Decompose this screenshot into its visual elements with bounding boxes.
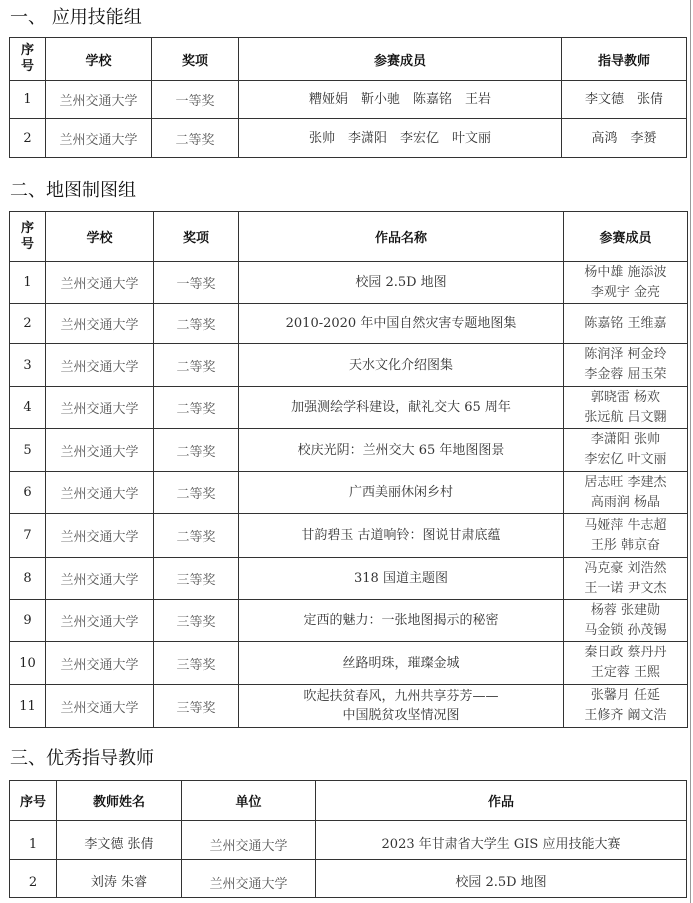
- members-line: 李金蓉 屈玉荣: [566, 365, 685, 385]
- table-row: 2 兰州交通大学 二等奖 张帅 李潇阳 李宏亿 叶文丽 高鸿 李赟: [10, 119, 687, 158]
- cell-members: 陈润泽 柯金玲李金蓉 屈玉荣: [564, 344, 688, 387]
- cell-school: 兰州交通大学: [46, 514, 154, 558]
- table-row: 2 刘涛 朱睿 兰州交通大学 校园 2.5D 地图: [10, 860, 687, 898]
- cell-work: 2010-2020 年中国自然灾害专题地图集: [239, 304, 564, 344]
- table-row: 11 兰州交通大学 三等奖 吹起扶贫春风，九州共享芬芳——中国脱贫攻坚情况图 张…: [10, 685, 688, 728]
- table-row: 7 兰州交通大学 二等奖 甘韵碧玉 古道响铃：图说甘肃底蕴 马娅萍 牛志超王彤 …: [10, 514, 688, 558]
- cell-school: 兰州交通大学: [46, 262, 154, 304]
- members-line: 高雨润 杨晶: [566, 493, 685, 513]
- cell-school: 兰州交通大学: [46, 304, 154, 344]
- members-line: 王修齐 阚文浩: [566, 706, 685, 726]
- cell-members: 杨中雄 施添波李观宇 金亮: [564, 262, 688, 304]
- cell-school: 兰州交通大学: [46, 344, 154, 387]
- members-line: 马金锁 孙茂锡: [566, 621, 685, 641]
- table-row: 5 兰州交通大学 二等奖 校庆光阴：兰州交大 65 年地图图景 李潇阳 张帅李宏…: [10, 429, 688, 472]
- cell-school: 兰州交通大学: [46, 600, 154, 642]
- cell-work: 甘韵碧玉 古道响铃：图说甘肃底蕴: [239, 514, 564, 558]
- header-school: 学校: [46, 38, 152, 81]
- header-members: 参赛成员: [564, 212, 688, 262]
- work-line: 中国脱贫攻坚情况图: [241, 706, 561, 725]
- app-skills-table: 序号 学校 奖项 参赛成员 指导教师 1 兰州交通大学 一等奖 糟娅娟 靳小驰 …: [9, 37, 687, 158]
- cell-work: 2023 年甘肃省大学生 GIS 应用技能大赛: [316, 821, 687, 860]
- members-line: 杨蓉 张建勋: [566, 601, 685, 621]
- cell-no: 1: [10, 81, 46, 119]
- members-line: 陈润泽 柯金玲: [566, 345, 685, 365]
- header-award: 奖项: [154, 212, 239, 262]
- cell-members: 居志旺 李建杰高雨润 杨晶: [564, 472, 688, 514]
- cell-no: 1: [10, 821, 57, 860]
- header-work: 作品: [316, 781, 687, 821]
- cell-members: 冯克豪 刘浩然王一诺 尹文杰: [564, 558, 688, 600]
- cell-no: 2: [10, 860, 57, 898]
- header-members: 参赛成员: [239, 38, 562, 81]
- header-no: 序号: [10, 212, 46, 262]
- header-no: 序号: [10, 781, 57, 821]
- section-title-app-skills: 一、 应用技能组: [10, 7, 142, 29]
- cell-members: 张帅 李潇阳 李宏亿 叶文丽: [239, 119, 562, 158]
- cell-teacher: 李文德 张倩: [57, 821, 182, 860]
- members-line: 冯克豪 刘浩然: [566, 559, 685, 579]
- cell-members: 张馨月 任延王修齐 阚文浩: [564, 685, 688, 728]
- cell-no: 2: [10, 304, 46, 344]
- section-title-cartography: 二、地图制图组: [10, 180, 136, 202]
- cell-no: 9: [10, 600, 46, 642]
- members-line: 陈嘉铭 王维嘉: [566, 314, 685, 334]
- table-row: 8 兰州交通大学 三等奖 318 国道主题图 冯克豪 刘浩然王一诺 尹文杰: [10, 558, 688, 600]
- page-edge-line: [690, 0, 691, 903]
- members-line: 张远航 吕文翾: [566, 408, 685, 428]
- members-line: 马娅萍 牛志超: [566, 516, 685, 536]
- cell-no: 11: [10, 685, 46, 728]
- cell-award: 二等奖: [154, 472, 239, 514]
- cell-members: 陈嘉铭 王维嘉: [564, 304, 688, 344]
- header-award: 奖项: [152, 38, 239, 81]
- cell-work: 318 国道主题图: [239, 558, 564, 600]
- cell-award: 二等奖: [154, 304, 239, 344]
- cell-members: 郭晓雷 杨欢张远航 吕文翾: [564, 387, 688, 429]
- table-row: 1 兰州交通大学 一等奖 糟娅娟 靳小驰 陈嘉铭 王岩 李文德 张倩: [10, 81, 687, 119]
- cell-no: 8: [10, 558, 46, 600]
- cell-school: 兰州交通大学: [46, 472, 154, 514]
- header-teacher: 教师姓名: [57, 781, 182, 821]
- section-title-outstanding-advisors: 三、优秀指导教师: [10, 748, 154, 770]
- members-line: 居志旺 李建杰: [566, 473, 685, 493]
- cell-members: 马娅萍 牛志超王彤 韩京奋: [564, 514, 688, 558]
- members-line: 李宏亿 叶文丽: [566, 450, 685, 470]
- members-line: 李潇阳 张帅: [566, 430, 685, 450]
- table-header-row: 序号 教师姓名 单位 作品: [10, 781, 687, 821]
- table-header-row: 序号 学校 奖项 参赛成员 指导教师: [10, 38, 687, 81]
- header-unit: 单位: [182, 781, 316, 821]
- table-row: 6 兰州交通大学 二等奖 广西美丽休闲乡村 居志旺 李建杰高雨润 杨晶: [10, 472, 688, 514]
- cell-work: 校庆光阴：兰州交大 65 年地图图景: [239, 429, 564, 472]
- cell-work: 丝路明珠，璀璨金城: [239, 642, 564, 685]
- cell-work: 广西美丽休闲乡村: [239, 472, 564, 514]
- cell-work: 定西的魅力：一张地图揭示的秘密: [239, 600, 564, 642]
- cell-school: 兰州交通大学: [46, 81, 152, 119]
- cell-award: 三等奖: [154, 558, 239, 600]
- cell-award: 一等奖: [154, 262, 239, 304]
- cell-no: 2: [10, 119, 46, 158]
- table-row: 1 兰州交通大学 一等奖 校园 2.5D 地图 杨中雄 施添波李观宇 金亮: [10, 262, 688, 304]
- cell-award: 三等奖: [154, 642, 239, 685]
- members-line: 王一诺 尹文杰: [566, 579, 685, 599]
- cell-award: 二等奖: [154, 344, 239, 387]
- table-header-row: 序号 学校 奖项 作品名称 参赛成员: [10, 212, 688, 262]
- members-line: 秦日政 蔡丹丹: [566, 643, 685, 663]
- cell-advisors: 高鸿 李赟: [562, 119, 687, 158]
- cell-work: 加强测绘学科建设，献礼交大 65 周年: [239, 387, 564, 429]
- cell-members: 杨蓉 张建勋马金锁 孙茂锡: [564, 600, 688, 642]
- cell-award: 三等奖: [154, 600, 239, 642]
- members-line: 杨中雄 施添波: [566, 263, 685, 283]
- table-row: 4 兰州交通大学 二等奖 加强测绘学科建设，献礼交大 65 周年 郭晓雷 杨欢张…: [10, 387, 688, 429]
- header-work: 作品名称: [239, 212, 564, 262]
- cell-award: 一等奖: [152, 81, 239, 119]
- cell-school: 兰州交通大学: [46, 387, 154, 429]
- cell-no: 1: [10, 262, 46, 304]
- table-row: 2 兰州交通大学 二等奖 2010-2020 年中国自然灾害专题地图集 陈嘉铭 …: [10, 304, 688, 344]
- cell-award: 二等奖: [154, 387, 239, 429]
- cell-teacher: 刘涛 朱睿: [57, 860, 182, 898]
- cell-school: 兰州交通大学: [46, 558, 154, 600]
- header-no: 序号: [10, 38, 46, 81]
- cell-school: 兰州交通大学: [46, 119, 152, 158]
- cell-work: 校园 2.5D 地图: [316, 860, 687, 898]
- table-row: 9 兰州交通大学 三等奖 定西的魅力：一张地图揭示的秘密 杨蓉 张建勋马金锁 孙…: [10, 600, 688, 642]
- cell-award: 二等奖: [154, 514, 239, 558]
- members-line: 王彤 韩京奋: [566, 536, 685, 556]
- header-school: 学校: [46, 212, 154, 262]
- cell-no: 4: [10, 387, 46, 429]
- cell-no: 5: [10, 429, 46, 472]
- cell-award: 二等奖: [152, 119, 239, 158]
- cell-school: 兰州交通大学: [46, 429, 154, 472]
- cell-unit: 兰州交通大学: [182, 860, 316, 898]
- header-advisors: 指导教师: [562, 38, 687, 81]
- members-line: 李观宇 金亮: [566, 283, 685, 303]
- table-row: 3 兰州交通大学 二等奖 天水文化介绍图集 陈润泽 柯金玲李金蓉 屈玉荣: [10, 344, 688, 387]
- cell-award: 三等奖: [154, 685, 239, 728]
- cell-no: 10: [10, 642, 46, 685]
- cell-no: 7: [10, 514, 46, 558]
- members-line: 郭晓雷 杨欢: [566, 388, 685, 408]
- cell-work: 校园 2.5D 地图: [239, 262, 564, 304]
- table-row: 1 李文德 张倩 兰州交通大学 2023 年甘肃省大学生 GIS 应用技能大赛: [10, 821, 687, 860]
- cell-no: 3: [10, 344, 46, 387]
- table-row: 10 兰州交通大学 三等奖 丝路明珠，璀璨金城 秦日政 蔡丹丹王定蓉 王熙: [10, 642, 688, 685]
- work-line: 吹起扶贫春风，九州共享芬芳——: [241, 687, 561, 706]
- cartography-table: 序号 学校 奖项 作品名称 参赛成员 1 兰州交通大学 一等奖 校园 2.5D …: [9, 211, 688, 728]
- outstanding-advisors-table: 序号 教师姓名 单位 作品 1 李文德 张倩 兰州交通大学 2023 年甘肃省大…: [9, 780, 687, 898]
- cell-members: 糟娅娟 靳小驰 陈嘉铭 王岩: [239, 81, 562, 119]
- cell-unit: 兰州交通大学: [182, 821, 316, 860]
- cell-members: 李潇阳 张帅李宏亿 叶文丽: [564, 429, 688, 472]
- cell-work: 天水文化介绍图集: [239, 344, 564, 387]
- cell-work: 吹起扶贫春风，九州共享芬芳——中国脱贫攻坚情况图: [239, 685, 564, 728]
- cell-school: 兰州交通大学: [46, 642, 154, 685]
- cell-award: 二等奖: [154, 429, 239, 472]
- cell-no: 6: [10, 472, 46, 514]
- cell-advisors: 李文德 张倩: [562, 81, 687, 119]
- cell-school: 兰州交通大学: [46, 685, 154, 728]
- members-line: 张馨月 任延: [566, 686, 685, 706]
- members-line: 王定蓉 王熙: [566, 663, 685, 683]
- cell-members: 秦日政 蔡丹丹王定蓉 王熙: [564, 642, 688, 685]
